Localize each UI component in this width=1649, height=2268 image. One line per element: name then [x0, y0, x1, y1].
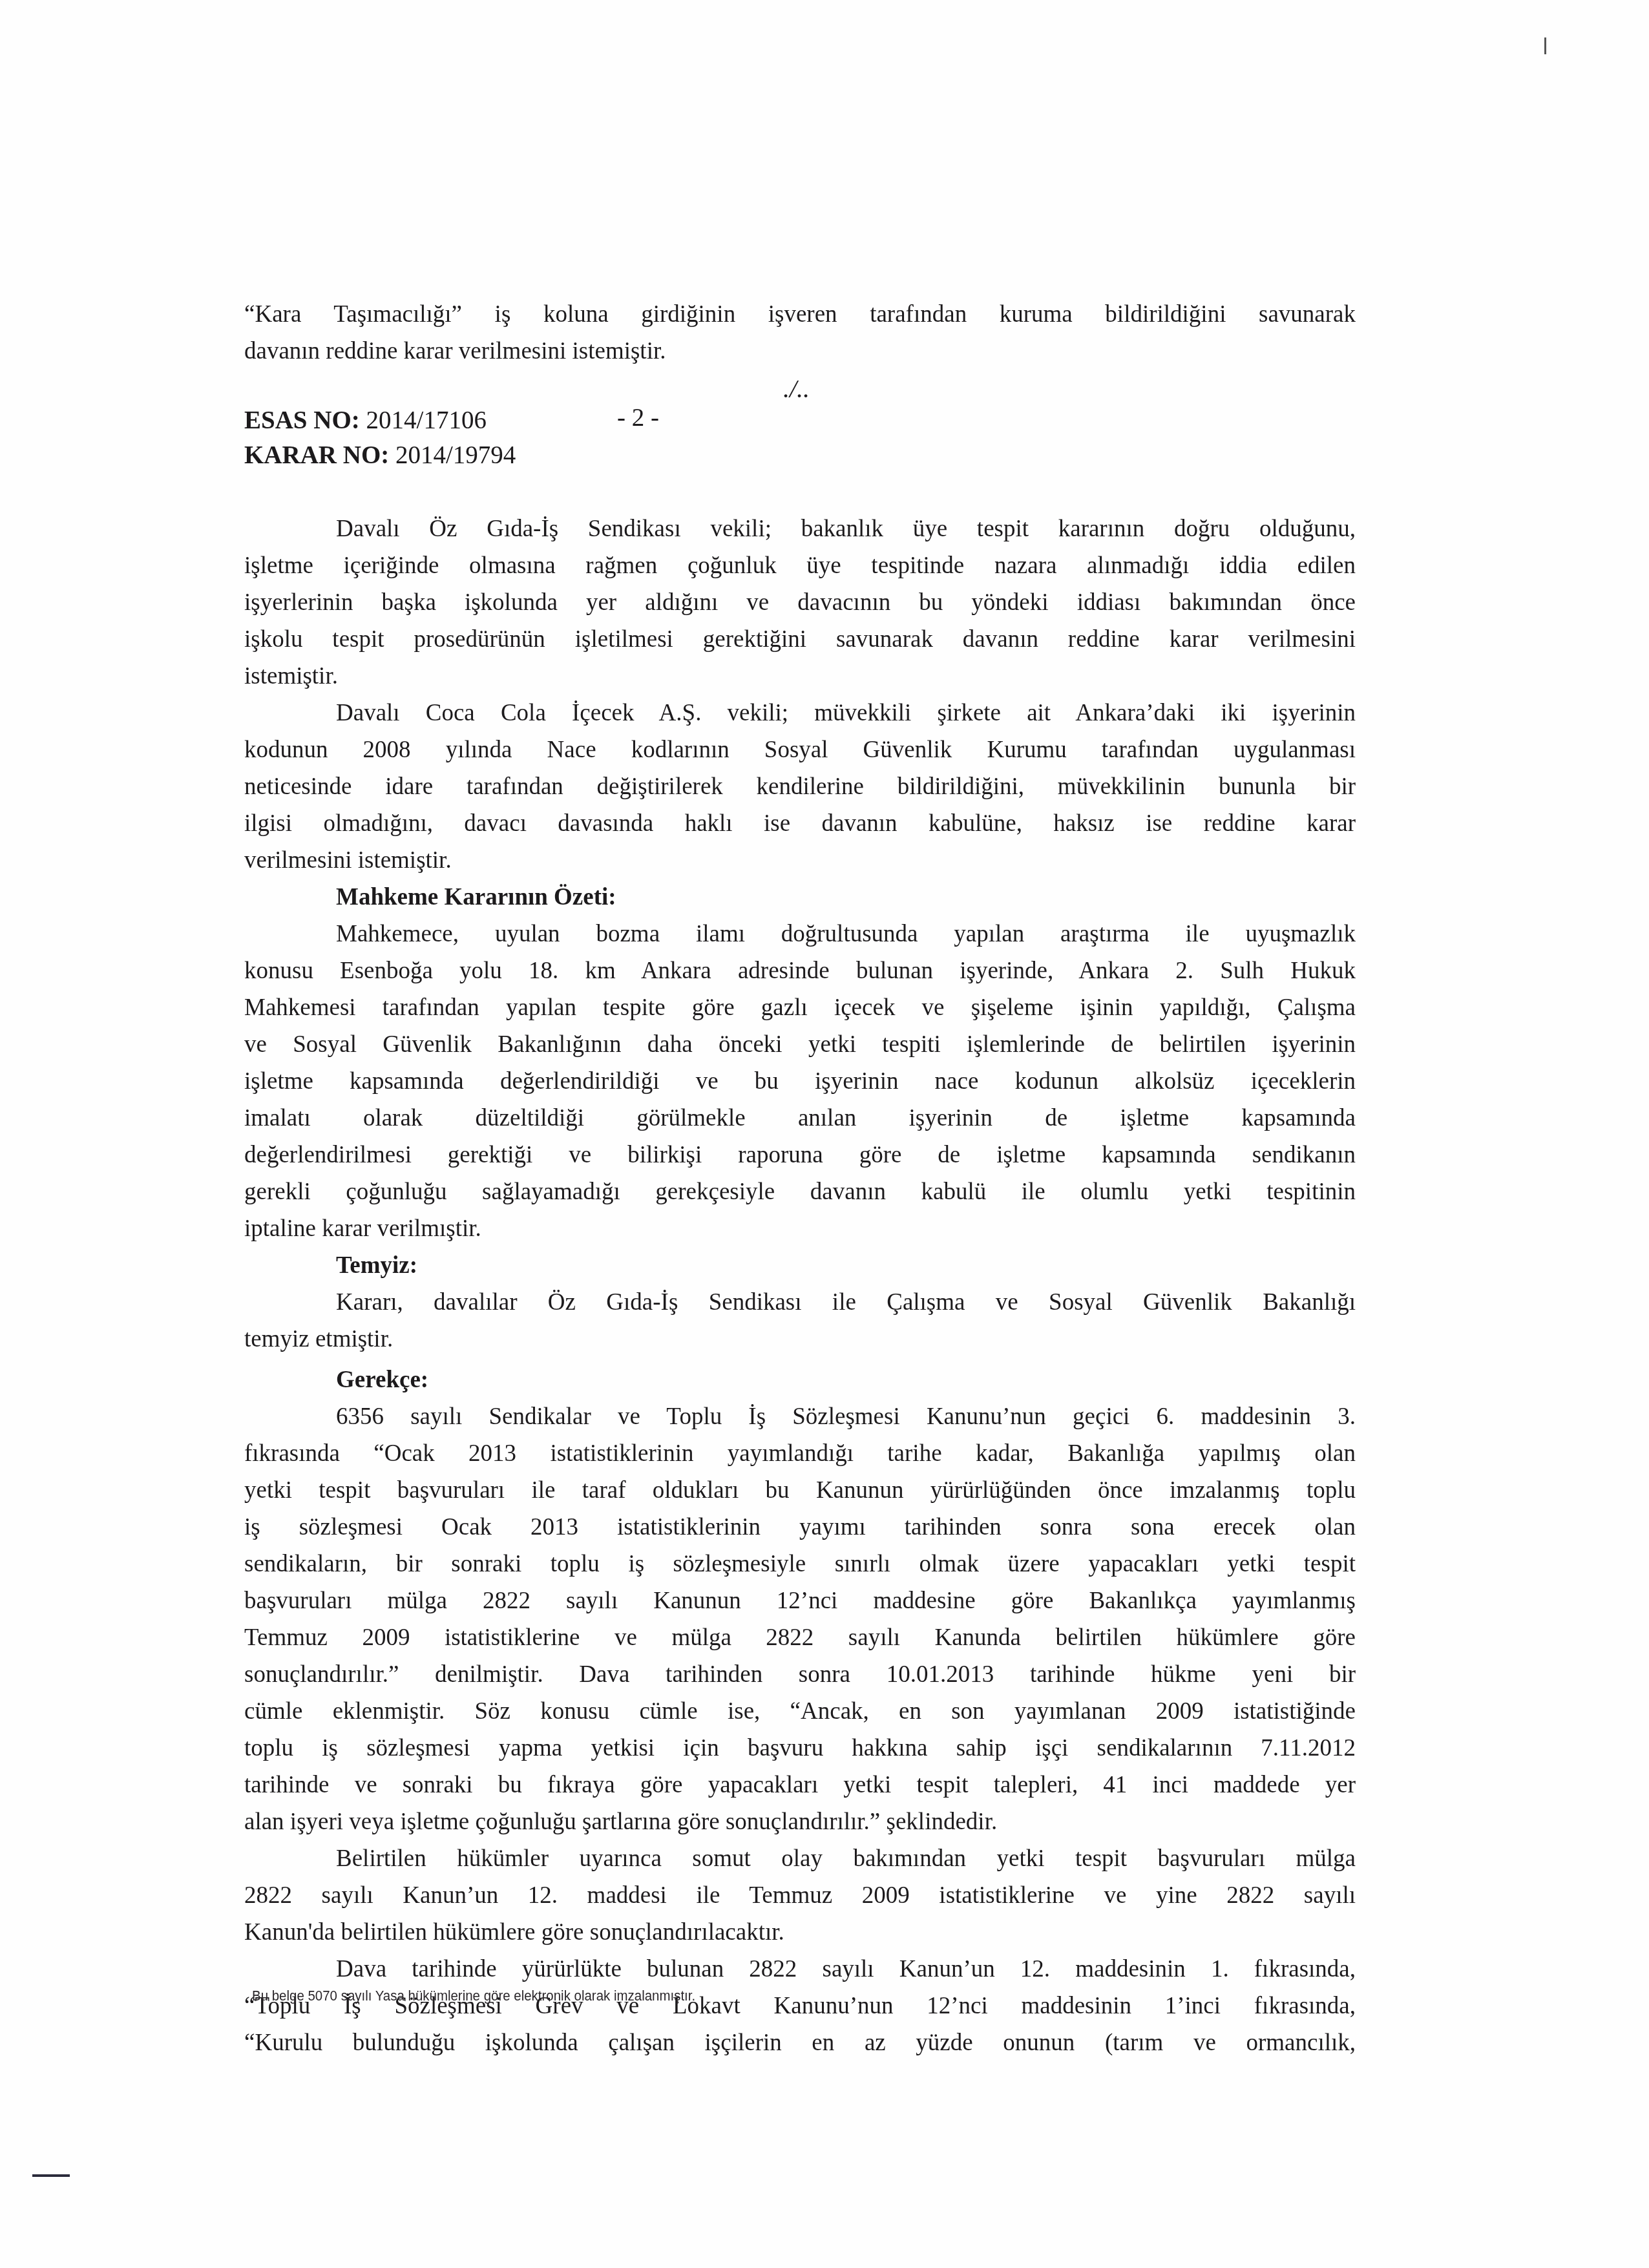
esas-number: ESAS NO: 2014/17106	[244, 402, 487, 439]
text-line: işletme içeriğinde olmasına rağmen çoğun…	[244, 547, 1356, 584]
text-line: Mahkemesi tarafından yapılan tespite gör…	[244, 989, 1356, 1026]
esas-value: 2014/17106	[366, 406, 487, 434]
scan-mark	[1544, 37, 1546, 54]
text-line: ilgisi olmadığını, davacı davasında hakl…	[244, 805, 1356, 842]
document-body: Davalı Öz Gıda-İş Sendikası vekili; baka…	[244, 510, 1356, 2061]
text-line: ve Sosyal Güvenlik Bakanlığının daha önc…	[244, 1026, 1356, 1063]
text-line: Kararı, davalılar Öz Gıda-İş Sendikası i…	[244, 1284, 1356, 1321]
text-line: gerekli çoğunluğu sağlayamadığı gerekçes…	[244, 1173, 1356, 1210]
text-line: Dava tarihinde yürürlükte bulunan 2822 s…	[244, 1951, 1356, 1988]
text-line: yetki tespit başvuruları ile taraf olduk…	[244, 1472, 1356, 1509]
text-line: neticesinde idare tarafından değiştirile…	[244, 768, 1356, 805]
text-line: işletme kapsamında değerlendirildiği ve …	[244, 1063, 1356, 1100]
karar-label: KARAR NO:	[244, 441, 389, 469]
text-line: iş sözleşmesi Ocak 2013 istatistiklerini…	[244, 1509, 1356, 1546]
page-number: - 2 -	[617, 403, 659, 432]
text-line: Belirtilen hükümler uyarınca somut olay …	[244, 1840, 1356, 1877]
text-line: sendikaların, bir sonraki toplu iş sözle…	[244, 1546, 1356, 1582]
text-line: cümle eklenmiştir. Söz konusu cümle ise,…	[244, 1693, 1356, 1730]
text-line: Mahkemece, uyulan bozma ilamı doğrultusu…	[244, 916, 1356, 952]
section-heading-court-summary: Mahkeme Kararının Özeti:	[244, 879, 1356, 916]
text-line: imalatı olarak düzeltildiği görülmekle a…	[244, 1100, 1356, 1137]
text-line: konusu Esenboğa yolu 18. km Ankara adres…	[244, 952, 1356, 989]
document-page: “Kara Taşımacılığı” iş koluna girdiğinin…	[0, 0, 1649, 2268]
text-line: Davalı Coca Cola İçecek A.Ş. vekili; müv…	[244, 695, 1356, 731]
text-line: Temmuz 2009 istatistiklerine ve mülga 28…	[244, 1619, 1356, 1656]
text-line: işyerlerinin başka işkolunda yer aldığın…	[244, 584, 1356, 621]
text-line: 6356 sayılı Sendikalar ve Toplu İş Sözle…	[244, 1398, 1356, 1435]
karar-number: KARAR NO: 2014/19794	[244, 437, 516, 474]
text-line: alan işyeri veya işletme çoğunluğu şartl…	[244, 1803, 1356, 1840]
text-line: kodunun 2008 yılında Nace kodlarının Sos…	[244, 731, 1356, 768]
scan-mark	[32, 2174, 70, 2177]
text-line: verilmesini istemiştir.	[244, 842, 1356, 879]
text-line: istemiştir.	[244, 658, 1356, 695]
text-line: başvuruları mülga 2822 sayılı Kanunun 12…	[244, 1582, 1356, 1619]
esas-label: ESAS NO:	[244, 406, 360, 434]
section-heading-reasoning: Gerekçe:	[244, 1361, 1356, 1398]
text-line: temyiz etmiştir.	[244, 1321, 1356, 1361]
text-line: sonuçlandırılır.” denilmiştir. Dava tari…	[244, 1656, 1356, 1693]
intro-paragraph: “Kara Taşımacılığı” iş koluna girdiğinin…	[244, 296, 1356, 370]
text-line: Davalı Öz Gıda-İş Sendikası vekili; baka…	[244, 510, 1356, 547]
text-line: toplu iş sözleşmesi yapma yetkisi için b…	[244, 1730, 1356, 1767]
e-signature-footer: Bu belge 5070 sayılı Yasa hükümlerine gö…	[252, 1988, 695, 2004]
text-line: iptaline karar verilmıştir.	[244, 1210, 1356, 1247]
karar-value: 2014/19794	[395, 441, 516, 469]
text-line: “Kurulu bulunduğu işkolunda çalışan işçi…	[244, 2024, 1356, 2061]
continuation-mark: ./..	[783, 373, 810, 404]
text-line: tarihinde ve sonraki bu fıkraya göre yap…	[244, 1767, 1356, 1803]
text-line: “Kara Taşımacılığı” iş koluna girdiğinin…	[244, 296, 1356, 333]
text-line: değerlendirilmesi gerektiği ve bilirkişi…	[244, 1137, 1356, 1173]
text-line: işkolu tespit prosedürünün işletilmesi g…	[244, 621, 1356, 658]
text-line: 2822 sayılı Kanun’un 12. maddesi ile Tem…	[244, 1877, 1356, 1914]
text-line: Kanun'da belirtilen hükümlere göre sonuç…	[244, 1914, 1356, 1951]
section-heading-appeal: Temyiz:	[244, 1247, 1356, 1284]
text-line: davanın reddine karar verilmesini istemi…	[244, 333, 1356, 370]
text-line: fıkrasında “Ocak 2013 istatistiklerinin …	[244, 1435, 1356, 1472]
